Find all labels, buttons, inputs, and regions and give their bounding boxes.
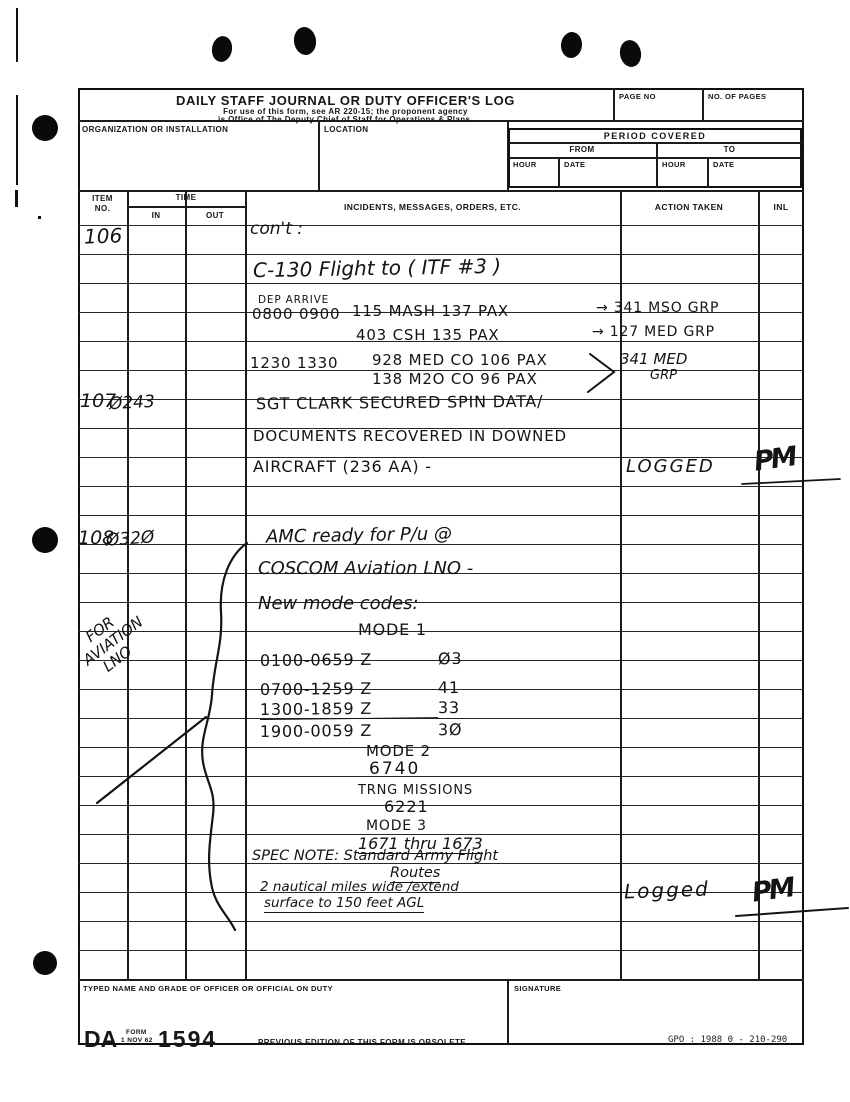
spec-note-line1: SPEC NOTE: Standard Army Flight [252, 849, 498, 864]
entry-108-line2: COSCOM Aviation LNO - [258, 560, 473, 578]
mode1-schedule-row: 1300-1859 Z 33 [260, 700, 460, 720]
entry-108-line1: AMC ready for P/u @ [266, 525, 452, 546]
entry-106-leg1-times: 0800 0900 [252, 307, 340, 322]
form-date-label: 1 NOV 62 [121, 1037, 153, 1044]
mode1-code: 3Ø [438, 722, 463, 738]
mode1-code: 33 [438, 700, 460, 718]
incidents-label: INCIDENTS, MESSAGES, ORDERS, ETC. [245, 202, 620, 212]
entry-106-leg1-dest: → 341 MSO GRP [596, 301, 719, 315]
pages-divider [702, 88, 704, 120]
time-out-label: OUT [185, 211, 245, 220]
copy-edge-mark [16, 8, 18, 62]
from-label: FROM [508, 145, 656, 154]
punch-hole [32, 115, 58, 141]
entry-106-leg3-unit2: 138 M2O CO 96 PAX [372, 372, 538, 387]
copy-speck [38, 216, 41, 219]
entry-108-action: Logged [624, 879, 710, 902]
col-out-divider [245, 190, 247, 979]
mode1-range: 0100-0659 Z [260, 651, 438, 669]
to-date-label: DATE [713, 160, 734, 169]
punch-hole [32, 527, 58, 553]
item-label: ITEM [78, 194, 127, 203]
from-hour-date-divider [558, 157, 560, 188]
action-taken-label: ACTION TAKEN [620, 202, 758, 212]
entry-106-leg1-unit: 115 MASH 137 PAX [352, 304, 509, 319]
copy-mark-dot [292, 26, 318, 57]
location-label: LOCATION [324, 125, 368, 134]
spec-note-line4: surface to 150 feet AGL [264, 897, 424, 913]
copy-edge-mark [15, 190, 18, 207]
mode1-range: 0700-1259 Z [260, 680, 438, 698]
mode1-schedule-row: 1900-0059 Z 3Ø [260, 722, 463, 740]
period-line-2 [508, 157, 802, 159]
form-number-label: 1594 [158, 1026, 217, 1053]
signature-divider [507, 979, 509, 1043]
period-covered-label: PERIOD COVERED [508, 131, 802, 141]
obsolete-note: PREVIOUS EDITION OF THIS FORM IS OBSOLET… [258, 1038, 469, 1047]
entry-108-time-in: Ø32Ø [105, 529, 154, 549]
copy-mark-dot [618, 38, 643, 68]
mode1-range: 1900-0059 Z [260, 722, 438, 740]
mode1-schedule-row: 0100-0659 Z Ø3 [260, 651, 463, 669]
entry-108-initials-signature: PM [750, 874, 794, 906]
copy-mark-dot [210, 34, 234, 63]
entry-106-leg3-unit1: 928 MED CO 106 PAX [372, 353, 548, 368]
punch-hole [33, 951, 57, 975]
entry-107-line3: AIRCRAFT (236 AA) - [253, 459, 432, 475]
no-of-pages-label: NO. OF PAGES [708, 92, 766, 101]
mode1-code: Ø3 [438, 651, 463, 667]
entry-106-leg2-dest: → 127 MED GRP [592, 325, 715, 339]
signature-label: SIGNATURE [514, 984, 561, 993]
time-in-label: IN [127, 211, 185, 220]
da-label: DA [84, 1026, 117, 1053]
entry-108-line3: New mode codes: [258, 595, 419, 613]
entry-107-action: LOGGED [626, 458, 715, 476]
entry-106-leg2-unit: 403 CSH 135 PAX [356, 328, 499, 343]
entry-106-leg3-dest2: GRP [650, 369, 677, 382]
mode3-title: MODE 3 [366, 819, 427, 833]
copy-edge-mark [16, 95, 18, 185]
header-band-top-line [78, 190, 804, 192]
col-item-divider [127, 190, 129, 979]
trng-missions-code: 6221 [384, 799, 429, 815]
page-no-divider [613, 88, 615, 120]
copy-mark-dot [560, 31, 584, 59]
spec-note-line3: 2 nautical miles wide /extend [260, 881, 459, 895]
typed-name-label: TYPED NAME AND GRADE OF OFFICER OR OFFIC… [83, 984, 333, 993]
entry-106-flight: C-130 Flight to ( ITF #3 ) [253, 256, 501, 280]
period-line-1 [508, 142, 802, 144]
form-word-label: FORM [126, 1029, 147, 1036]
entry-106-cont: con't : [250, 221, 303, 238]
entry-108-mode1-title: MODE 1 [358, 622, 427, 638]
form-title: DAILY STAFF JOURNAL OR DUTY OFFICER'S LO… [78, 93, 613, 108]
from-hour-label: HOUR [513, 160, 537, 169]
mode1-range: 1300-1859 Z [260, 700, 438, 720]
entry-107-time-in: Ø243 [109, 394, 156, 413]
mode1-code: 41 [438, 680, 460, 696]
mode2-code: 6740 [369, 761, 420, 778]
entry-106-leg3-dest1: 341 MED [620, 352, 687, 367]
entry-107-initials-signature: PM [752, 443, 796, 475]
col-inl-divider [758, 190, 760, 979]
page-no-label: PAGE NO [619, 92, 656, 101]
to-hour-label: HOUR [662, 160, 686, 169]
entry-107-line1: SGT CLARK SECURED SPIN DATA/ [256, 394, 543, 413]
entry-106-leg3-times: 1230 1330 [250, 356, 338, 371]
entry-106-item-no: 106 [84, 225, 123, 246]
trng-missions-title: TRNG MISSIONS [358, 784, 473, 797]
mode2-title: MODE 2 [366, 744, 431, 759]
organization-label: ORGANIZATION OR INSTALLATION [82, 125, 228, 134]
gpo-note: GPO : 1988 0 - 210-290 [668, 1035, 787, 1045]
to-label: TO [657, 145, 802, 154]
scanned-form-page: DAILY STAFF JOURNAL OR DUTY OFFICER'S LO… [0, 0, 850, 1102]
entry-106-dep-arrive: DEP ARRIVE [258, 295, 329, 306]
org-location-divider [318, 120, 320, 190]
form-subtitle-2: is Office of The Deputy Chief of Staff f… [78, 115, 613, 124]
from-date-label: DATE [564, 160, 585, 169]
footer-top-line [78, 979, 804, 981]
item-no-label: NO. [78, 204, 127, 213]
to-hour-date-divider [707, 157, 709, 188]
inl-label: INL [758, 202, 804, 212]
entry-107-line2: DOCUMENTS RECOVERED IN DOWNED [253, 429, 567, 444]
mode1-schedule-row: 0700-1259 Z 41 [260, 680, 460, 698]
